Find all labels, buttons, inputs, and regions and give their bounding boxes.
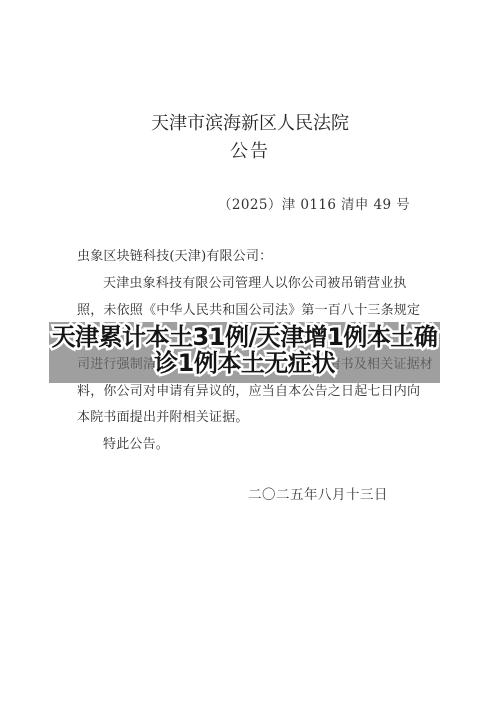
document-date: 二〇二五年八月十三日 [248, 483, 388, 503]
court-name: 天津市滨海新区人民法院 [0, 110, 500, 138]
document-type-label: 公告 [0, 138, 500, 166]
case-number: （2025）津 0116 清申 49 号 [218, 193, 410, 213]
court-announcement-page: 天津市滨海新区人民法院 公告 （2025）津 0116 清申 49 号 虫象区块… [0, 0, 500, 706]
news-headline-overlay: 天津累计本土31例/天津增1例本土确 诊1例本土无症状 [49, 324, 440, 376]
body-line: 本院书面提出并附相关证据。 [77, 410, 433, 426]
body-line: 料，你公司对申请有异议的，应当自本公告之日起七日内向 [77, 384, 433, 400]
body-line-salutation: 虫象区块链科技(天津)有限公司： [77, 249, 433, 265]
document-title: 天津市滨海新区人民法院 公告 [0, 110, 500, 166]
headline-line1: 天津累计本土31例/天津增1例本土确 [49, 324, 440, 350]
body-line: 照，未依照《中华人民共和国公司法》第一百八十三条规定 [77, 303, 433, 319]
headline-line2: 诊1例本土无症状 [49, 350, 440, 376]
body-line: 天津虫象科技有限公司管理人以你公司被吊销营业执 [77, 276, 433, 292]
body-line-closing: 特此公告。 [77, 437, 433, 453]
